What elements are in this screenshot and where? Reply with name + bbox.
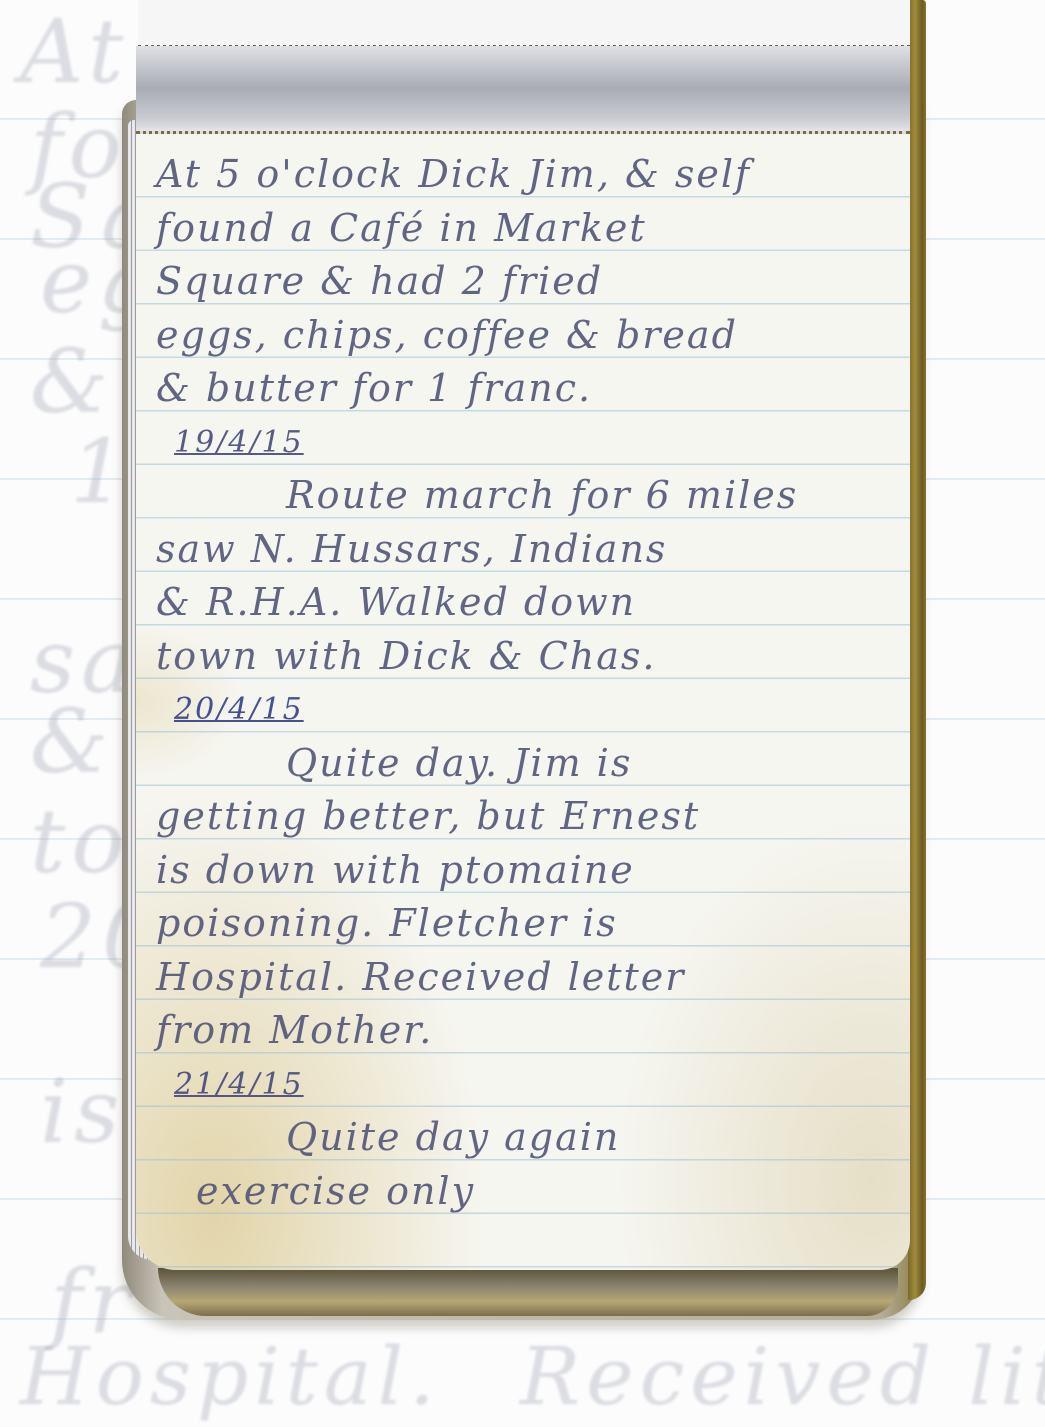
notebook: At 5 o'clock Dick Jim, & self found a Ca… xyxy=(118,0,928,1322)
background-text: & xyxy=(30,690,114,793)
entry-date: 21/4/15 xyxy=(156,1058,900,1112)
diary-line: Quite day. Jim is xyxy=(156,737,900,791)
diary-page: At 5 o'clock Dick Jim, & self found a Ca… xyxy=(136,134,910,1270)
diary-line: getting better, but Ernest xyxy=(156,790,900,844)
background-text: is xyxy=(40,1060,125,1163)
diary-line: Quite day again xyxy=(156,1111,900,1165)
background-text: Hospital. xyxy=(20,1330,441,1423)
notebook-bottom-edge xyxy=(158,1268,898,1316)
background-text: to xyxy=(30,790,130,893)
diary-line: found a Café in Market xyxy=(156,202,900,256)
diary-line: & butter for 1 franc. xyxy=(156,362,900,416)
diary-line: Square & had 2 fried xyxy=(156,255,900,309)
diary-line: eggs, chips, coffee & bread xyxy=(156,309,900,363)
torn-page-stub xyxy=(138,0,910,48)
perforated-tear-strip xyxy=(136,46,910,134)
diary-line: & R.H.A. Walked down xyxy=(156,576,900,630)
diary-line: Route march for 6 miles xyxy=(156,469,900,523)
background-text: & xyxy=(30,330,114,433)
diary-line: poisoning. Fletcher is xyxy=(156,897,900,951)
diary-line: saw N. Hussars, Indians xyxy=(156,523,900,577)
diary-line: is down with ptomaine xyxy=(156,844,900,898)
diary-line: town with Dick & Chas. xyxy=(156,630,900,684)
photo-stage: At fo Sq eg & 19 sa & to 20 is fr Hospit… xyxy=(0,0,1045,1427)
notebook-spine xyxy=(908,0,926,1300)
diary-line: exercise only xyxy=(156,1165,900,1219)
entry-date: 19/4/15 xyxy=(156,416,900,470)
entry-date: 20/4/15 xyxy=(156,683,900,737)
diary-line: At 5 o'clock Dick Jim, & self xyxy=(156,148,900,202)
background-text: Received lit xyxy=(520,1330,1045,1423)
diary-line: Hospital. Received letter xyxy=(156,951,900,1005)
diary-line: from Mother. xyxy=(156,1004,900,1058)
diary-text: At 5 o'clock Dick Jim, & self found a Ca… xyxy=(156,148,900,1218)
background-text: At xyxy=(20,0,129,103)
